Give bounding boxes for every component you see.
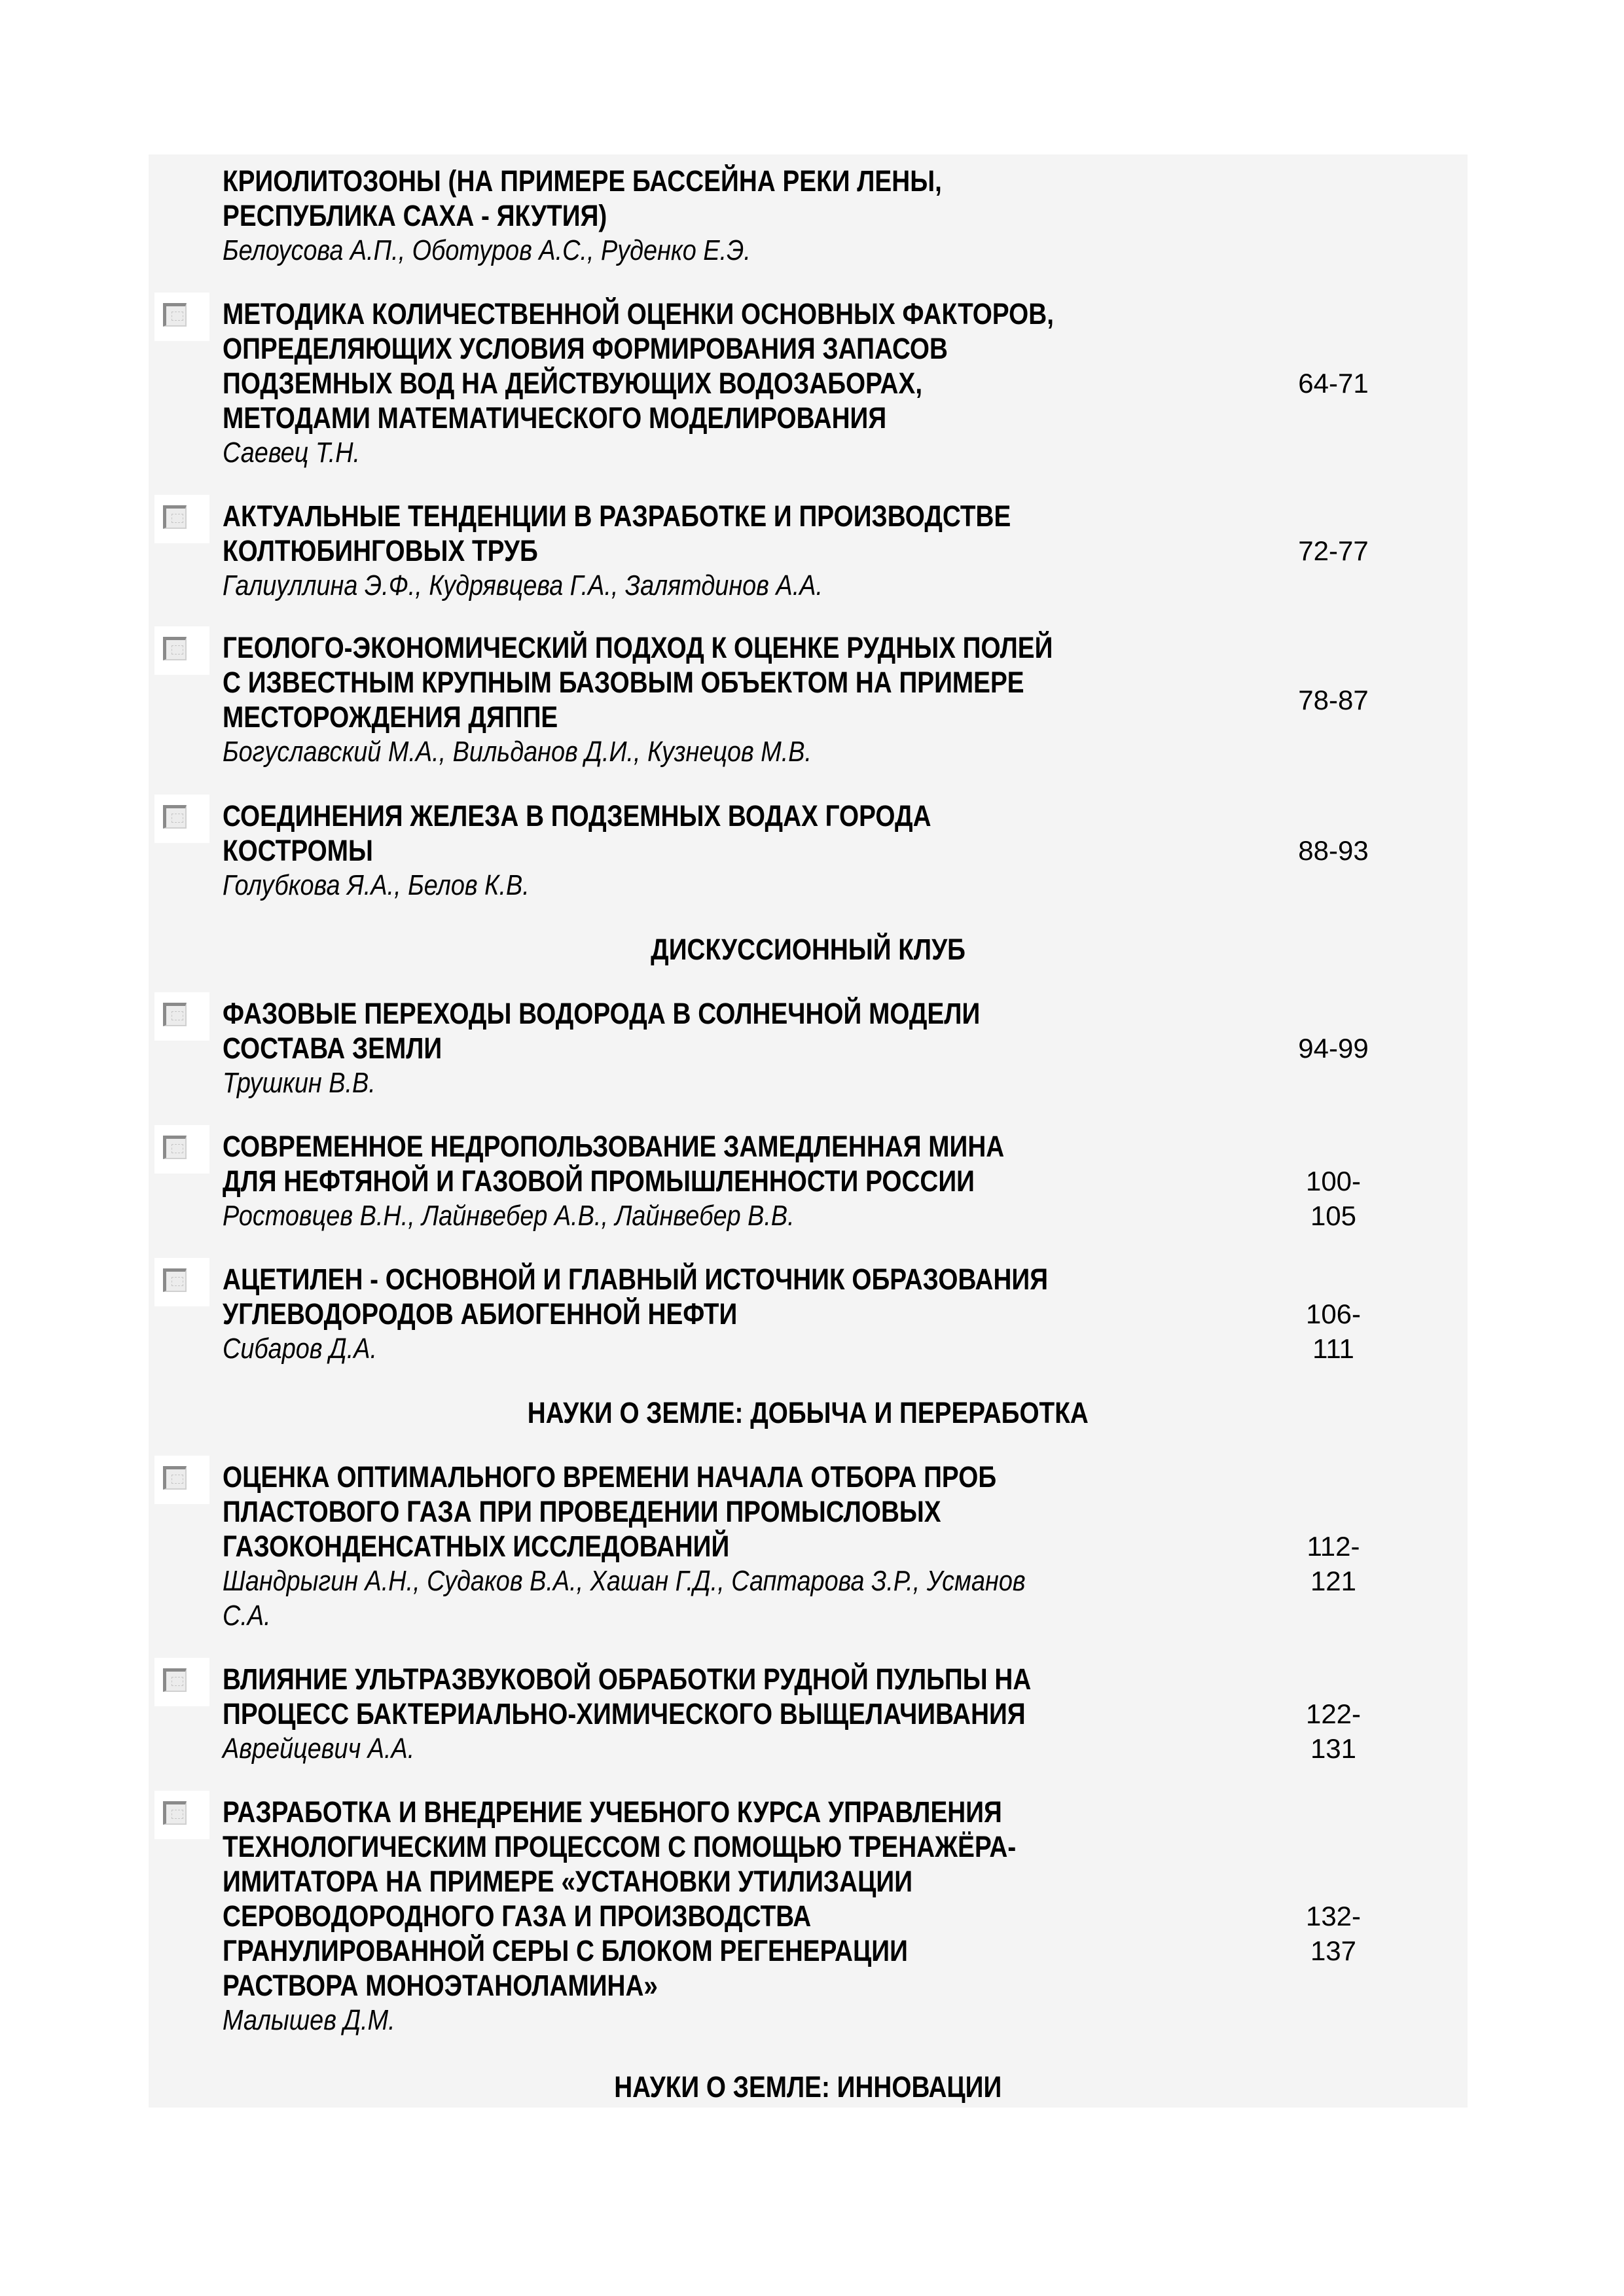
checkbox-icon	[163, 1003, 187, 1026]
table-of-contents: КРИОЛИТОЗОНЫ (НА ПРИМЕРЕ БАССЕЙНА РЕКИ Л…	[149, 154, 1468, 2108]
entry-title-line[interactable]: КРИОЛИТОЗОНЫ (НА ПРИМЕРЕ БАССЕЙНА РЕКИ Л…	[223, 164, 1180, 198]
entry-page-range: 88-93	[1288, 833, 1379, 868]
entry-page-range: 94-99	[1288, 1031, 1379, 1066]
entry-title-line[interactable]: АЦЕТИЛЕН - ОСНОВНОЙ И ГЛАВНЫЙ ИСТОЧНИК О…	[223, 1262, 1180, 1297]
entry-text: СОЕДИНЕНИЯ ЖЕЛЕЗА В ПОДЗЕМНЫХ ВОДАХ ГОРО…	[223, 798, 1335, 903]
entry-page-range: 106-111	[1288, 1297, 1379, 1331]
checkbox-icon	[163, 805, 187, 829]
entry-checkbox[interactable]	[154, 626, 209, 675]
checkbox-icon	[163, 303, 187, 327]
entry-title-line[interactable]: ОЦЕНКА ОПТИМАЛЬНОГО ВРЕМЕНИ НАЧАЛА ОТБОР…	[223, 1460, 1180, 1494]
entry-checkbox[interactable]	[154, 1456, 209, 1504]
entry-text: ОЦЕНКА ОПТИМАЛЬНОГО ВРЕМЕНИ НАЧАЛА ОТБОР…	[223, 1460, 1335, 1633]
entry-page-range: 64-71	[1288, 366, 1379, 401]
entry-title-line[interactable]: ПРОЦЕСС БАКТЕРИАЛЬНО-ХИМИЧЕСКОГО ВЫЩЕЛАЧ…	[223, 1696, 1180, 1731]
entry-page-range: 72-77	[1288, 533, 1379, 568]
entry-title-line[interactable]: ПЛАСТОВОГО ГАЗА ПРИ ПРОВЕДЕНИИ ПРОМЫСЛОВ…	[223, 1494, 1180, 1529]
checkbox-icon	[163, 1668, 187, 1692]
entry-title-line[interactable]: ГЕОЛОГО-ЭКОНОМИЧЕСКИЙ ПОДХОД К ОЦЕНКЕ РУ…	[223, 630, 1180, 665]
entry-title-line[interactable]: ПОДЗЕМНЫХ ВОД НА ДЕЙСТВУЮЩИХ ВОДОЗАБОРАХ…	[223, 366, 1180, 401]
entry-checkbox[interactable]	[154, 293, 209, 341]
entry-page-range: 112-121	[1288, 1529, 1379, 1564]
entry-authors: Саевец Т.Н.	[223, 435, 1180, 470]
entry-page-range: 122-131	[1288, 1696, 1379, 1731]
entry-title-line[interactable]: С ИЗВЕСТНЫМ КРУПНЫМ БАЗОВЫМ ОБЪЕКТОМ НА …	[223, 665, 1180, 700]
entry-text: АКТУАЛЬНЫЕ ТЕНДЕНЦИИ В РАЗРАБОТКЕ И ПРОИ…	[223, 499, 1335, 603]
entry-title-line[interactable]: МЕТОДАМИ МАТЕМАТИЧЕСКОГО МОДЕЛИРОВАНИЯ	[223, 401, 1180, 435]
entry-authors: Белоусова А.П., Оботуров А.С., Руденко Е…	[223, 233, 1180, 268]
entry-title-line[interactable]: СОВРЕМЕННОЕ НЕДРОПОЛЬЗОВАНИЕ ЗАМЕДЛЕННАЯ…	[223, 1129, 1180, 1164]
entry-authors: Шандрыгин А.Н., Судаков В.А., Хашан Г.Д.…	[223, 1564, 1180, 1598]
entry-title-line[interactable]: УГЛЕВОДОРОДОВ АБИОГЕННОЙ НЕФТИ	[223, 1297, 1180, 1331]
section-heading-label: НАУКИ О ЗЕМЛЕ: ДОБЫЧА И ПЕРЕРАБОТКА	[528, 1395, 1089, 1430]
entry-title-line[interactable]: ВЛИЯНИЕ УЛЬТРАЗВУКОВОЙ ОБРАБОТКИ РУДНОЙ …	[223, 1662, 1180, 1696]
entry-title-line[interactable]: МЕТОДИКА КОЛИЧЕСТВЕННОЙ ОЦЕНКИ ОСНОВНЫХ …	[223, 296, 1180, 331]
entry-authors: Трушкин В.В.	[223, 1066, 1180, 1100]
section-heading: ДИСКУССИОННЫЙ КЛУБ	[149, 932, 1468, 967]
entry-title-line[interactable]: РЕСПУБЛИКА САХА - ЯКУТИЯ)	[223, 198, 1180, 233]
entry-title-line[interactable]: ТЕХНОЛОГИЧЕСКИМ ПРОЦЕССОМ С ПОМОЩЬЮ ТРЕН…	[223, 1829, 1180, 1864]
entry-authors: Малышев Д.М.	[223, 2003, 1180, 2037]
entry-text: ГЕОЛОГО-ЭКОНОМИЧЕСКИЙ ПОДХОД К ОЦЕНКЕ РУ…	[223, 630, 1335, 769]
entry-authors: Галиуллина Э.Ф., Кудрявцева Г.А., Залятд…	[223, 568, 1180, 603]
entry-checkbox[interactable]	[154, 992, 209, 1041]
entry-title-line[interactable]: АКТУАЛЬНЫЕ ТЕНДЕНЦИИ В РАЗРАБОТКЕ И ПРОИ…	[223, 499, 1180, 533]
entry-title-line[interactable]: ДЛЯ НЕФТЯНОЙ И ГАЗОВОЙ ПРОМЫШЛЕННОСТИ РО…	[223, 1164, 1180, 1198]
entry-title-line[interactable]: МЕСТОРОЖДЕНИЯ ДЯППЕ	[223, 700, 1180, 734]
entry-text: МЕТОДИКА КОЛИЧЕСТВЕННОЙ ОЦЕНКИ ОСНОВНЫХ …	[223, 296, 1335, 470]
entry-title-line[interactable]: ФАЗОВЫЕ ПЕРЕХОДЫ ВОДОРОДА В СОЛНЕЧНОЙ МО…	[223, 996, 1180, 1031]
entry-checkbox[interactable]	[154, 1658, 209, 1706]
entry-authors: Аврейцевич А.А.	[223, 1731, 1180, 1766]
entry-text: РАЗРАБОТКА И ВНЕДРЕНИЕ УЧЕБНОГО КУРСА УП…	[223, 1795, 1335, 2037]
entry-text: ВЛИЯНИЕ УЛЬТРАЗВУКОВОЙ ОБРАБОТКИ РУДНОЙ …	[223, 1662, 1335, 1766]
entry-title-line[interactable]: ОПРЕДЕЛЯЮЩИХ УСЛОВИЯ ФОРМИРОВАНИЯ ЗАПАСО…	[223, 331, 1180, 366]
entry-page-range: 132-137	[1288, 1899, 1379, 1933]
entry-page-range: 100-105	[1288, 1164, 1379, 1198]
entry-authors: С.А.	[223, 1598, 1180, 1633]
entry-checkbox[interactable]	[154, 1258, 209, 1306]
entry-checkbox[interactable]	[154, 1791, 209, 1839]
entry-title-line[interactable]: СЕРОВОДОРОДНОГО ГАЗА И ПРОИЗВОДСТВА	[223, 1899, 1180, 1933]
checkbox-icon	[163, 637, 187, 660]
entry-text: КРИОЛИТОЗОНЫ (НА ПРИМЕРЕ БАССЕЙНА РЕКИ Л…	[223, 164, 1335, 268]
checkbox-icon	[163, 1466, 187, 1490]
checkbox-icon	[163, 505, 187, 529]
entry-authors: Голубкова Я.А., Белов К.В.	[223, 868, 1180, 903]
section-heading: НАУКИ О ЗЕМЛЕ: ДОБЫЧА И ПЕРЕРАБОТКА	[149, 1395, 1468, 1430]
entry-title-line[interactable]: ГРАНУЛИРОВАННОЙ СЕРЫ С БЛОКОМ РЕГЕНЕРАЦИ…	[223, 1933, 1180, 1968]
entry-text: ФАЗОВЫЕ ПЕРЕХОДЫ ВОДОРОДА В СОЛНЕЧНОЙ МО…	[223, 996, 1335, 1100]
entry-title-line[interactable]: СОЕДИНЕНИЯ ЖЕЛЕЗА В ПОДЗЕМНЫХ ВОДАХ ГОРО…	[223, 798, 1180, 833]
checkbox-icon	[163, 1268, 187, 1292]
section-heading: НАУКИ О ЗЕМЛЕ: ИННОВАЦИИ	[149, 2070, 1468, 2104]
section-heading-label: ДИСКУССИОННЫЙ КЛУБ	[651, 932, 965, 967]
entry-title-line[interactable]: ИМИТАТОРА НА ПРИМЕРЕ «УСТАНОВКИ УТИЛИЗАЦ…	[223, 1864, 1180, 1899]
entry-title-line[interactable]: КОЛТЮБИНГОВЫХ ТРУБ	[223, 533, 1180, 568]
entry-authors: Богуславский М.А., Вильданов Д.И., Кузне…	[223, 734, 1180, 769]
entry-title-line[interactable]: КОСТРОМЫ	[223, 833, 1180, 868]
entry-title-line[interactable]: РАЗРАБОТКА И ВНЕДРЕНИЕ УЧЕБНОГО КУРСА УП…	[223, 1795, 1180, 1829]
checkbox-icon	[163, 1136, 187, 1159]
entry-authors: Ростовцев В.Н., Лайнвебер А.В., Лайнвебе…	[223, 1198, 1180, 1233]
entry-title-line[interactable]: СОСТАВА ЗЕМЛИ	[223, 1031, 1180, 1066]
entry-checkbox[interactable]	[154, 1125, 209, 1174]
entry-title-line[interactable]: РАСТВОРА МОНОЭТАНОЛАМИНА»	[223, 1968, 1180, 2003]
entry-authors: Сибаров Д.А.	[223, 1331, 1180, 1366]
checkbox-icon	[163, 1801, 187, 1825]
entry-text: АЦЕТИЛЕН - ОСНОВНОЙ И ГЛАВНЫЙ ИСТОЧНИК О…	[223, 1262, 1335, 1366]
entry-checkbox[interactable]	[154, 495, 209, 543]
entry-checkbox[interactable]	[154, 795, 209, 843]
entry-text: СОВРЕМЕННОЕ НЕДРОПОЛЬЗОВАНИЕ ЗАМЕДЛЕННАЯ…	[223, 1129, 1335, 1233]
entry-page-range: 78-87	[1288, 683, 1379, 717]
entry-title-line[interactable]: ГАЗОКОНДЕНСАТНЫХ ИССЛЕДОВАНИЙ	[223, 1529, 1180, 1564]
section-heading-label: НАУКИ О ЗЕМЛЕ: ИННОВАЦИИ	[614, 2070, 1001, 2104]
